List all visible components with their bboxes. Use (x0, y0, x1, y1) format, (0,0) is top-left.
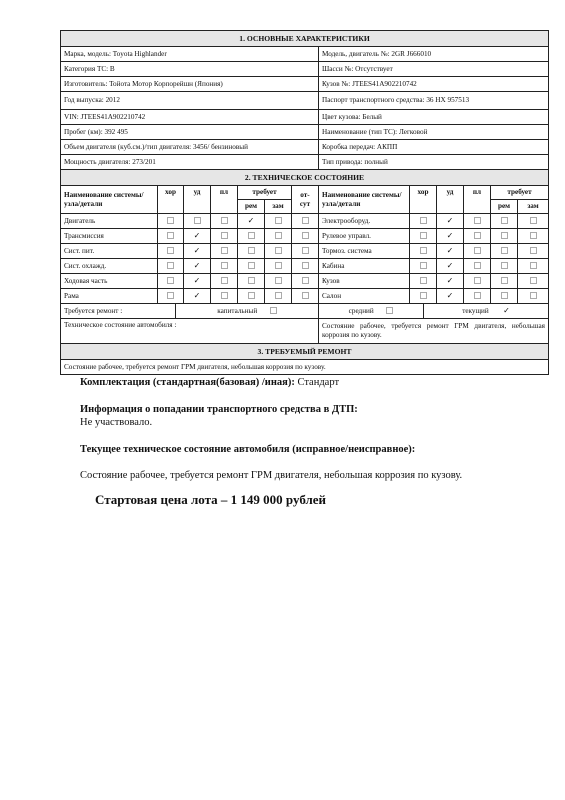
basic-info-row: Год выпуска: 2012Паспорт транспортного с… (61, 92, 549, 110)
condition-checkbox[interactable] (211, 229, 238, 244)
condition-checkbox[interactable] (464, 259, 491, 274)
equipment-line: Комплектация (стандартная(базовая) /иная… (80, 376, 520, 389)
empty-checkbox-icon (420, 277, 427, 284)
empty-checkbox-icon (167, 217, 174, 224)
condition-checkbox[interactable]: ✓ (437, 259, 464, 274)
table-row: Рама✓Салон✓ (61, 289, 549, 304)
empty-checkbox-icon (501, 292, 508, 299)
component-name: Тормоз. система (319, 244, 410, 259)
section-basic-characteristics: 1. ОСНОВНЫЕ ХАРАКТЕРИСТИКИ Марка, модель… (60, 30, 549, 170)
empty-checkbox-icon (501, 247, 508, 254)
condition-checkbox[interactable] (158, 274, 184, 289)
condition-checkbox[interactable]: ✓ (437, 214, 464, 229)
condition-checkbox[interactable] (238, 289, 265, 304)
condition-label: Техническое состояние автомобиля : (61, 319, 319, 344)
empty-checkbox-icon (474, 247, 481, 254)
basic-info-row: Пробег (км): 392 495Наименование (тип ТС… (61, 125, 549, 140)
component-name: Рулевое управл. (319, 229, 410, 244)
basic-info-right: Кузов №: JTEES41A902210742 (319, 77, 549, 92)
component-name: Сист. охлажд. (61, 259, 158, 274)
empty-checkbox-icon (530, 277, 537, 284)
condition-checkbox[interactable] (464, 244, 491, 259)
condition-checkbox[interactable] (491, 244, 518, 259)
condition-checkbox[interactable] (158, 259, 184, 274)
checkmark-icon: ✓ (447, 216, 454, 225)
condition-checkbox[interactable] (211, 214, 238, 229)
condition-checkbox[interactable] (211, 289, 238, 304)
empty-checkbox-icon (530, 292, 537, 299)
table-row: Двигатель✓Электрооборуд.✓ (61, 214, 549, 229)
basic-info-left: Марка, модель: Toyota Highlander (61, 47, 319, 62)
empty-checkbox-icon (530, 232, 537, 239)
empty-checkbox-icon (221, 232, 228, 239)
state-value: Состояние рабочее, требуется ремонт ГРМ … (80, 469, 520, 482)
header-repair: рем (238, 200, 265, 214)
condition-checkbox[interactable] (464, 289, 491, 304)
repair-option-current[interactable]: текущий ✓ (424, 304, 549, 319)
section3-title: 3. ТРЕБУЕМЫЙ РЕМОНТ (61, 344, 549, 360)
condition-checkbox[interactable] (211, 244, 238, 259)
condition-checkbox[interactable] (265, 289, 292, 304)
component-name: Рама (61, 289, 158, 304)
component-name: Электрооборуд. (319, 214, 410, 229)
condition-checkbox[interactable]: ✓ (184, 274, 211, 289)
condition-checkbox[interactable] (410, 244, 437, 259)
component-name: Кабина (319, 259, 410, 274)
header-replace-right: зам (518, 200, 549, 214)
basic-info-row: Марка, модель: Toyota HighlanderМодель, … (61, 47, 549, 62)
checkbox-medium-icon[interactable] (386, 307, 393, 314)
condition-checkbox[interactable] (211, 274, 238, 289)
empty-checkbox-icon (474, 292, 481, 299)
condition-checkbox[interactable] (518, 229, 549, 244)
repair-required-table: Требуется ремонт : капитальный средний т… (60, 303, 549, 319)
header-satisfactory-right: уд (437, 186, 464, 214)
empty-checkbox-icon (530, 247, 537, 254)
empty-checkbox-icon (275, 217, 282, 224)
condition-checkbox[interactable] (491, 229, 518, 244)
condition-checkbox[interactable] (292, 214, 319, 229)
checkmark-icon: ✓ (447, 231, 454, 240)
condition-checkbox[interactable] (292, 229, 319, 244)
condition-checkbox[interactable]: ✓ (184, 244, 211, 259)
empty-checkbox-icon (167, 247, 174, 254)
checkmark-icon: ✓ (194, 261, 201, 270)
condition-checkbox[interactable] (292, 244, 319, 259)
condition-checkbox[interactable]: ✓ (437, 274, 464, 289)
condition-checkbox[interactable]: ✓ (238, 214, 265, 229)
condition-checkbox[interactable] (464, 274, 491, 289)
state-label: Текущее техническое состояние автомобиля… (80, 443, 520, 456)
empty-checkbox-icon (221, 277, 228, 284)
basic-info-left: Год выпуска: 2012 (61, 92, 319, 110)
vehicle-details: Комплектация (стандартная(базовая) /иная… (80, 376, 520, 482)
empty-checkbox-icon (501, 262, 508, 269)
condition-checkbox[interactable] (158, 214, 184, 229)
empty-checkbox-icon (474, 262, 481, 269)
component-name: Салон (319, 289, 410, 304)
basic-info-right: Коробка передач: АКПП (319, 140, 549, 155)
repair-option-medium[interactable]: средний (319, 304, 424, 319)
empty-checkbox-icon (420, 232, 427, 239)
header-bad: пл (211, 186, 238, 214)
component-name: Двигатель (61, 214, 158, 229)
basic-info-right: Модель, двигатель №: 2GR J666010 (319, 47, 549, 62)
empty-checkbox-icon (221, 217, 228, 224)
condition-checkbox[interactable]: ✓ (437, 289, 464, 304)
empty-checkbox-icon (221, 292, 228, 299)
condition-checkbox[interactable] (491, 289, 518, 304)
empty-checkbox-icon (302, 247, 309, 254)
empty-checkbox-icon (420, 262, 427, 269)
condition-checkbox[interactable]: ✓ (184, 289, 211, 304)
empty-checkbox-icon (248, 232, 255, 239)
empty-checkbox-icon (501, 277, 508, 284)
header-good: хор (158, 186, 184, 214)
condition-checkbox[interactable] (518, 274, 549, 289)
empty-checkbox-icon (501, 217, 508, 224)
empty-checkbox-icon (530, 262, 537, 269)
basic-info-left: Объем двигателя (куб.см.)/тип двигателя:… (61, 140, 319, 155)
condition-checkbox[interactable] (292, 259, 319, 274)
empty-checkbox-icon (302, 262, 309, 269)
empty-checkbox-icon (221, 247, 228, 254)
condition-checkbox[interactable] (518, 214, 549, 229)
equipment-label: Комплектация (стандартная(базовая) /иная… (80, 377, 295, 388)
empty-checkbox-icon (167, 262, 174, 269)
condition-checkbox[interactable] (410, 214, 437, 229)
component-name: Кузов (319, 274, 410, 289)
condition-checkbox[interactable] (158, 229, 184, 244)
checkmark-icon: ✓ (447, 246, 454, 255)
header-good-right: хор (410, 186, 437, 214)
empty-checkbox-icon (275, 232, 282, 239)
condition-checkbox[interactable] (410, 229, 437, 244)
table-row: Сист. охлажд.✓Кабина✓ (61, 259, 549, 274)
header-satisfactory: уд (184, 186, 211, 214)
empty-checkbox-icon (302, 277, 309, 284)
empty-checkbox-icon (474, 277, 481, 284)
checkmark-icon: ✓ (194, 246, 201, 255)
accident-label: Информация о попадании транспортного сре… (80, 403, 520, 416)
basic-info-row: VIN: JTEES41A902210742Цвет кузова: Белый (61, 110, 549, 125)
condition-checkbox[interactable] (518, 244, 549, 259)
header-name: Наименование системы/узла/детали (61, 186, 158, 214)
condition-checkbox[interactable] (211, 259, 238, 274)
empty-checkbox-icon (275, 277, 282, 284)
condition-checkbox[interactable] (238, 229, 265, 244)
basic-info-row: Мощность двигателя: 273/201Тип привода: … (61, 155, 549, 170)
empty-checkbox-icon (501, 232, 508, 239)
condition-checkbox[interactable] (265, 259, 292, 274)
condition-checkbox[interactable] (238, 274, 265, 289)
repair-required-label: Требуется ремонт : (61, 304, 176, 319)
component-name: Ходовая часть (61, 274, 158, 289)
header-replace: зам (265, 200, 292, 214)
basic-info-left: Пробег (км): 392 495 (61, 125, 319, 140)
condition-checkbox[interactable] (491, 259, 518, 274)
condition-value: Состояние рабочее, требуется ремонт ГРМ … (319, 319, 549, 344)
basic-info-right: Цвет кузова: Белый (319, 110, 549, 125)
basic-info-right: Шасси №: Отсутствует (319, 62, 549, 77)
accident-value: Не участвовало. (80, 416, 520, 429)
condition-checkbox[interactable] (265, 229, 292, 244)
section2-title: 2. ТЕХНИЧЕСКОЕ СОСТОЯНИЕ (61, 170, 549, 186)
condition-checkbox[interactable]: ✓ (437, 244, 464, 259)
condition-checkbox[interactable] (410, 259, 437, 274)
table-row: Ходовая часть✓Кузов✓ (61, 274, 549, 289)
condition-checkbox[interactable] (518, 259, 549, 274)
empty-checkbox-icon (275, 262, 282, 269)
checkmark-icon: ✓ (248, 216, 255, 225)
empty-checkbox-icon (420, 217, 427, 224)
condition-checkbox[interactable] (265, 244, 292, 259)
header-name-right: Наименование системы/узла/детали (319, 186, 410, 214)
starting-price: Стартовая цена лота – 1 149 000 рублей (95, 492, 326, 508)
condition-checkbox[interactable] (238, 259, 265, 274)
empty-checkbox-icon (420, 247, 427, 254)
basic-info-right: Паспорт транспортного средства: 36 НХ 95… (319, 92, 549, 110)
condition-checkbox[interactable] (410, 289, 437, 304)
checkmark-icon: ✓ (447, 276, 454, 285)
equipment-value: Стандарт (295, 377, 339, 388)
condition-table: Техническое состояние автомобиля : Состо… (60, 318, 549, 375)
checkmark-icon: ✓ (194, 276, 201, 285)
component-name: Трансмиссия (61, 229, 158, 244)
component-name: Сист. пит. (61, 244, 158, 259)
empty-checkbox-icon (167, 232, 174, 239)
header-repair-right: рем (491, 200, 518, 214)
basic-info-right: Наименование (тип ТС): Легковой (319, 125, 549, 140)
header-absent: от-сут (292, 186, 319, 214)
table-row: Трансмиссия✓Рулевое управл.✓ (61, 229, 549, 244)
empty-checkbox-icon (248, 277, 255, 284)
basic-info-row: Объем двигателя (куб.см.)/тип двигателя:… (61, 140, 549, 155)
condition-checkbox[interactable]: ✓ (184, 259, 211, 274)
condition-checkbox[interactable]: ✓ (184, 229, 211, 244)
empty-checkbox-icon (302, 232, 309, 239)
condition-checkbox[interactable] (518, 289, 549, 304)
condition-checkbox[interactable] (158, 289, 184, 304)
condition-checkbox[interactable] (265, 274, 292, 289)
header-requires: требует (238, 186, 292, 200)
basic-info-row: Категория ТС: BШасси №: Отсутствует (61, 62, 549, 77)
checkmark-icon: ✓ (194, 231, 201, 240)
section-technical-condition: 2. ТЕХНИЧЕСКОЕ СОСТОЯНИЕ Наименование си… (60, 169, 549, 304)
condition-checkbox[interactable] (184, 214, 211, 229)
condition-checkbox[interactable] (464, 229, 491, 244)
empty-checkbox-icon (167, 292, 174, 299)
basic-info-right: Тип привода: полный (319, 155, 549, 170)
condition-checkbox[interactable]: ✓ (437, 229, 464, 244)
empty-checkbox-icon (275, 292, 282, 299)
basic-info-left: Категория ТС: B (61, 62, 319, 77)
empty-checkbox-icon (194, 217, 201, 224)
empty-checkbox-icon (530, 217, 537, 224)
empty-checkbox-icon (474, 217, 481, 224)
empty-checkbox-icon (248, 262, 255, 269)
condition-checkbox[interactable] (491, 274, 518, 289)
empty-checkbox-icon (275, 247, 282, 254)
inspection-report: 1. ОСНОВНЫЕ ХАРАКТЕРИСТИКИ Марка, модель… (60, 30, 548, 375)
checkbox-capital-icon[interactable] (270, 307, 277, 314)
table-row: Сист. пит.✓Тормоз. система✓ (61, 244, 549, 259)
empty-checkbox-icon (221, 262, 228, 269)
empty-checkbox-icon (302, 217, 309, 224)
header-bad-right: пл (464, 186, 491, 214)
empty-checkbox-icon (474, 232, 481, 239)
checkbox-current-icon[interactable]: ✓ (503, 306, 510, 315)
section1-title: 1. ОСНОВНЫЕ ХАРАКТЕРИСТИКИ (61, 31, 549, 47)
empty-checkbox-icon (302, 292, 309, 299)
empty-checkbox-icon (420, 292, 427, 299)
condition-checkbox[interactable] (158, 244, 184, 259)
checkmark-icon: ✓ (194, 291, 201, 300)
condition-checkbox[interactable] (292, 274, 319, 289)
section3-text: Состояние рабочее, требуется ремонт ГРМ … (61, 360, 549, 375)
checkmark-icon: ✓ (447, 261, 454, 270)
condition-checkbox[interactable] (265, 214, 292, 229)
condition-checkbox[interactable] (464, 214, 491, 229)
header-requires-right: требует (491, 186, 549, 200)
empty-checkbox-icon (248, 247, 255, 254)
basic-info-left: Мощность двигателя: 273/201 (61, 155, 319, 170)
condition-checkbox[interactable] (410, 274, 437, 289)
condition-checkbox[interactable] (491, 214, 518, 229)
condition-checkbox[interactable] (238, 244, 265, 259)
basic-info-left: Изготовитель: Тойота Мотор Корпорейшн (Я… (61, 77, 319, 92)
basic-info-left: VIN: JTEES41A902210742 (61, 110, 319, 125)
condition-checkbox[interactable] (292, 289, 319, 304)
repair-option-capital[interactable]: капитальный (176, 304, 319, 319)
basic-info-row: Изготовитель: Тойота Мотор Корпорейшн (Я… (61, 77, 549, 92)
empty-checkbox-icon (248, 292, 255, 299)
checkmark-icon: ✓ (447, 291, 454, 300)
empty-checkbox-icon (167, 277, 174, 284)
